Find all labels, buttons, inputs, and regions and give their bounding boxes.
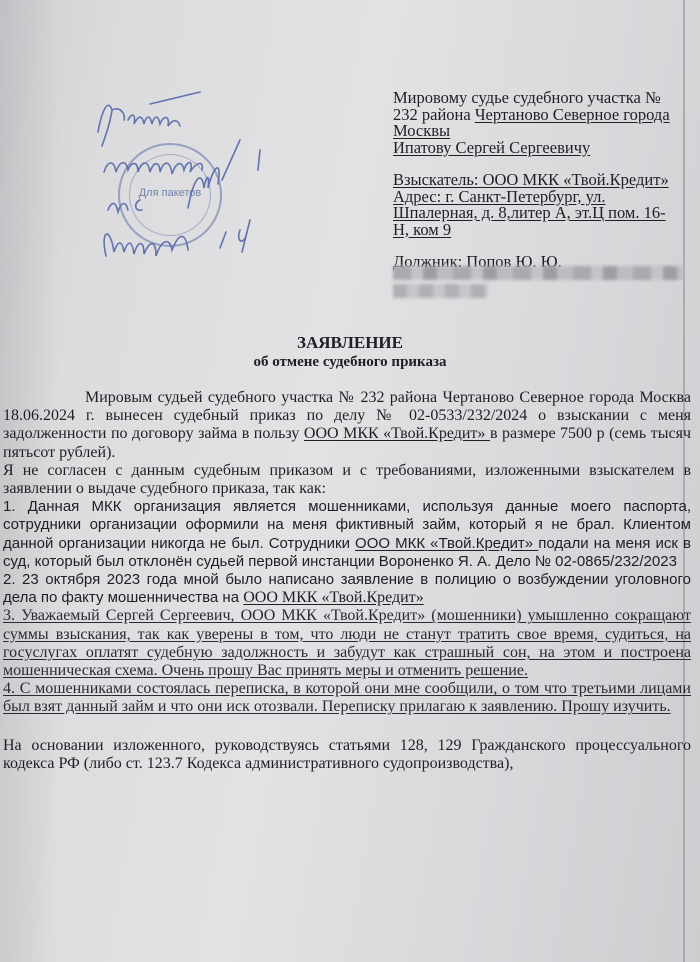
paragraph-intro: Мировым судьей судебного участка № 232 р… bbox=[3, 389, 691, 462]
list-item-3: 3. Уважаемый Сергей Сергеевич, ООО МКК «… bbox=[3, 607, 691, 680]
paragraph-closing: На основании изложенного, руководствуясь… bbox=[3, 737, 691, 773]
document-body: Мировым судьей судебного участка № 232 р… bbox=[3, 389, 691, 773]
claimant-line: Н, ком 9 bbox=[393, 222, 693, 239]
document-title: ЗАЯВЛЕНИЕ bbox=[0, 332, 700, 353]
list-item-1: 1. Данная МКК организация является мошен… bbox=[3, 498, 691, 571]
paragraph-disagreement: Я не согласен с данным судебным приказом… bbox=[3, 462, 691, 498]
stamp-text: Для пакетов bbox=[120, 187, 220, 200]
list-item-4: 4. С мошенниками состоялась переписка, в… bbox=[3, 680, 691, 716]
office-stamp: Для пакетов bbox=[118, 143, 222, 247]
document-subtitle: об отмене судебного приказа bbox=[0, 353, 700, 372]
redacted-address bbox=[393, 266, 683, 298]
addressee-line: Ипатову Сергей Сергеевичу bbox=[393, 140, 693, 157]
addressee-block: Мировому судье судебного участка № 232 р… bbox=[393, 90, 693, 271]
list-item-2: 2. 23 октября 2023 года мной было написа… bbox=[3, 571, 691, 607]
